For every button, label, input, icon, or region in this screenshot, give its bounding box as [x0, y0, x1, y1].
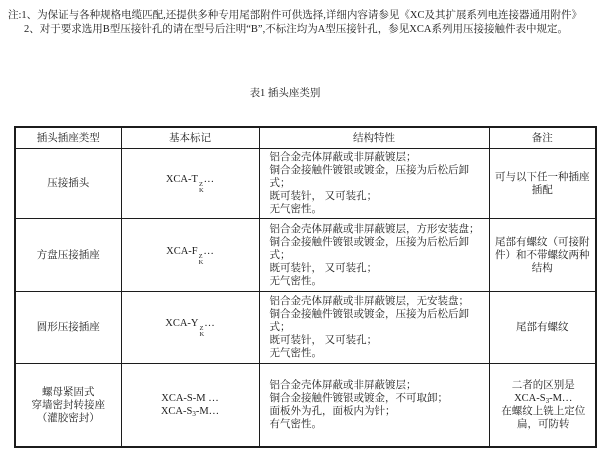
marking-code: XCA-S3-M… [125, 405, 256, 418]
cell-features: 铝合金壳体屏蔽或非屏蔽镀层； 铜合金接触件镀银或镀金，压接为后松后卸式； 既可装… [259, 149, 489, 219]
cell-remark: 尾部有螺纹 [489, 292, 596, 364]
cell-features: 铝合金壳体屏蔽或非屏蔽镀层，无安装盘； 铜合金接触件镀银或镀金，压接为后松后卸式… [259, 292, 489, 364]
table-row: 螺母紧固式 穿墙密封转接座 （灌胶密封） XCA-S-M … XCA-S3-M…… [15, 364, 596, 448]
table-row: 压接插头 XCA-TZK… 铝合金壳体屏蔽或非屏蔽镀层； 铜合金接触件镀银或镀金… [15, 149, 596, 219]
marking-code: XCA-YZK… [165, 318, 214, 329]
cell-type: 方盘压接插座 [15, 219, 121, 292]
cell-marking: XCA-FZK… [121, 219, 259, 292]
header-features: 结构特性 [259, 127, 489, 149]
table-row: 方盘压接插座 XCA-FZK… 铝合金壳体屏蔽或非屏蔽镀层，方形安装盘； 铜合金… [15, 219, 596, 292]
note-line-2: 2、对于要求选用B型压接针孔的请在型号后注明“B”,不标注均为A型压接针孔，参见… [8, 23, 602, 37]
table-caption: 表1 插头座类别 [0, 87, 570, 101]
marking-code: XCA-S3-M… [496, 392, 592, 405]
cell-remark: 二者的区别是 XCA-S3-M… 在螺纹上铣上定位扁，可防转 [489, 364, 596, 448]
header-marking: 基本标记 [121, 127, 259, 149]
header-remark: 备注 [489, 127, 596, 149]
plug-socket-category-table: 插头插座类型 基本标记 结构特性 备注 压接插头 XCA-TZK… 铝合金壳体屏… [14, 126, 597, 448]
table-row: 圆形压接插座 XCA-YZK… 铝合金壳体屏蔽或非屏蔽镀层，无安装盘； 铜合金接… [15, 292, 596, 364]
marking-code: XCA-TZK… [166, 174, 214, 185]
cell-remark: 尾部有螺纹（可接附件）和不带螺纹两种结构 [489, 219, 596, 292]
marking-code: XCA-FZK… [166, 246, 214, 257]
marking-code: XCA-S-M … [125, 392, 256, 405]
cell-marking: XCA-YZK… [121, 292, 259, 364]
cell-marking: XCA-S-M … XCA-S3-M… [121, 364, 259, 448]
page-notes: 注:1、为保证与各种规格电缆匹配,还提供多种专用尾部附件可供选择,详细内容请参见… [0, 0, 604, 37]
cell-marking: XCA-TZK… [121, 149, 259, 219]
cell-remark: 可与以下任一种插座插配 [489, 149, 596, 219]
cell-features: 铝合金壳体屏蔽或非屏蔽镀层，方形安装盘； 铜合金接触件镀银或镀金，压接为后松后卸… [259, 219, 489, 292]
header-row: 插头插座类型 基本标记 结构特性 备注 [15, 127, 596, 149]
cell-features: 铝合金壳体屏蔽或非屏蔽镀层； 铜合金接触件镀银或镀金，不可取卸； 面板外为孔，面… [259, 364, 489, 448]
cell-type: 压接插头 [15, 149, 121, 219]
cell-type: 螺母紧固式 穿墙密封转接座 （灌胶密封） [15, 364, 121, 448]
cell-type: 圆形压接插座 [15, 292, 121, 364]
note-line-1: 注:1、为保证与各种规格电缆匹配,还提供多种专用尾部附件可供选择,详细内容请参见… [8, 9, 602, 23]
header-type: 插头插座类型 [15, 127, 121, 149]
